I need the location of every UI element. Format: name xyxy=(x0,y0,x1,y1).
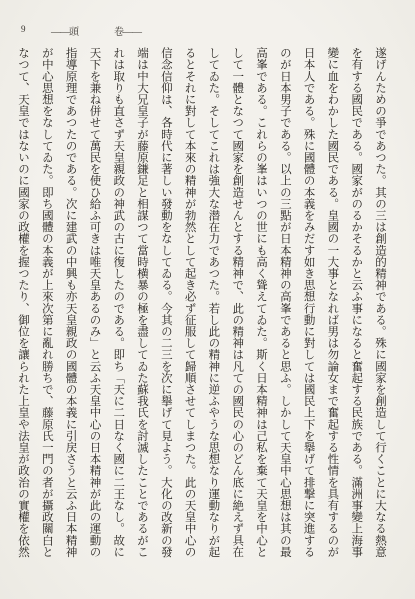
running-header: 9 ――頭 卷―― xyxy=(0,23,415,39)
running-head-right: 卷―― xyxy=(114,23,141,38)
text-column: 端は中大兄皇子が藤原鎌足と相謀つて當時横暴の極を盡してゐた蘇我氏を討滅したことで… xyxy=(129,47,153,563)
body-text: 遂げんための爭であつた。其の三は創造的精神である。殊に國家を創造して行くことに大… xyxy=(9,47,391,569)
book-page: 9 ――頭 卷―― 遂げんための爭であつた。其の三は創造的精神である。殊に國家を… xyxy=(0,0,415,599)
text-column: れは取りも直さず天皇親政の神武の古に復したのである。即ち「天に二日なく國に二王な… xyxy=(105,47,129,563)
text-column: が中心思想をなしてゐた。即ち國體の本義が上來次第に亂れ勝ちで、藤原氏一門の者が攝… xyxy=(34,47,58,563)
text-column: のが日本男子である。以上の三點が日本精神の高峯であると思ふ。しかして天皇中心思想… xyxy=(272,47,296,563)
text-column: 天下を兼ね併せて萬民を使ひ給ふ可きは唯天皇あるのみ」と云ふ天皇中心の日本精神が此… xyxy=(82,47,106,563)
text-column: なつて、天皇ではないのに國家の政權を握つたり、御位を讓られた上皇や法皇が政治の實… xyxy=(10,47,34,563)
text-column: を有する國民である。國家がのるかそるかと云ふ事になると奮起する民族である。滿洲事… xyxy=(343,47,367,563)
running-head-left: ――頭 xyxy=(51,23,78,38)
text-column: るとそれに對して本來の精神が勃然として起き必ず征服して歸順させてしまつた。此の天… xyxy=(177,47,201,563)
text-column: 高峯である。これらの峯はいつの世にも高く聳えてゐた。斯く日本精神は己私を棄て天皇… xyxy=(248,47,272,563)
text-column: 日本人である。殊に國體の本義をみだす如き思想行動に對しては國民上下を擧げて排撃に… xyxy=(296,47,320,563)
text-column: 信念信仰は、各時代に著しい發動をなしてゐる。今其の二三を次に擧げて見よう。大化の… xyxy=(153,47,177,563)
text-column: 遂げんための爭であつた。其の三は創造的精神である。殊に國家を創造して行くことに大… xyxy=(367,47,391,563)
text-column: してゐた。そしてこれは強大な潜在力であつた。若し此の精神に逆ふやうな思想なり運動… xyxy=(201,47,225,563)
text-column: 變に血をわかした國民である。皇國の一大事となれば男は勿論女まで奮起する性情を具有… xyxy=(320,47,344,563)
page-number: 9 xyxy=(21,24,26,34)
text-column: 指導原理であつたのである。次に建武の中興も亦天皇親政の國體の本義に引戻さうと云ふ… xyxy=(58,47,82,563)
text-column: して一體となつて國家を創造せんとする精神で、此の精神は凡ての國民の心のどん底に絶… xyxy=(224,47,248,563)
